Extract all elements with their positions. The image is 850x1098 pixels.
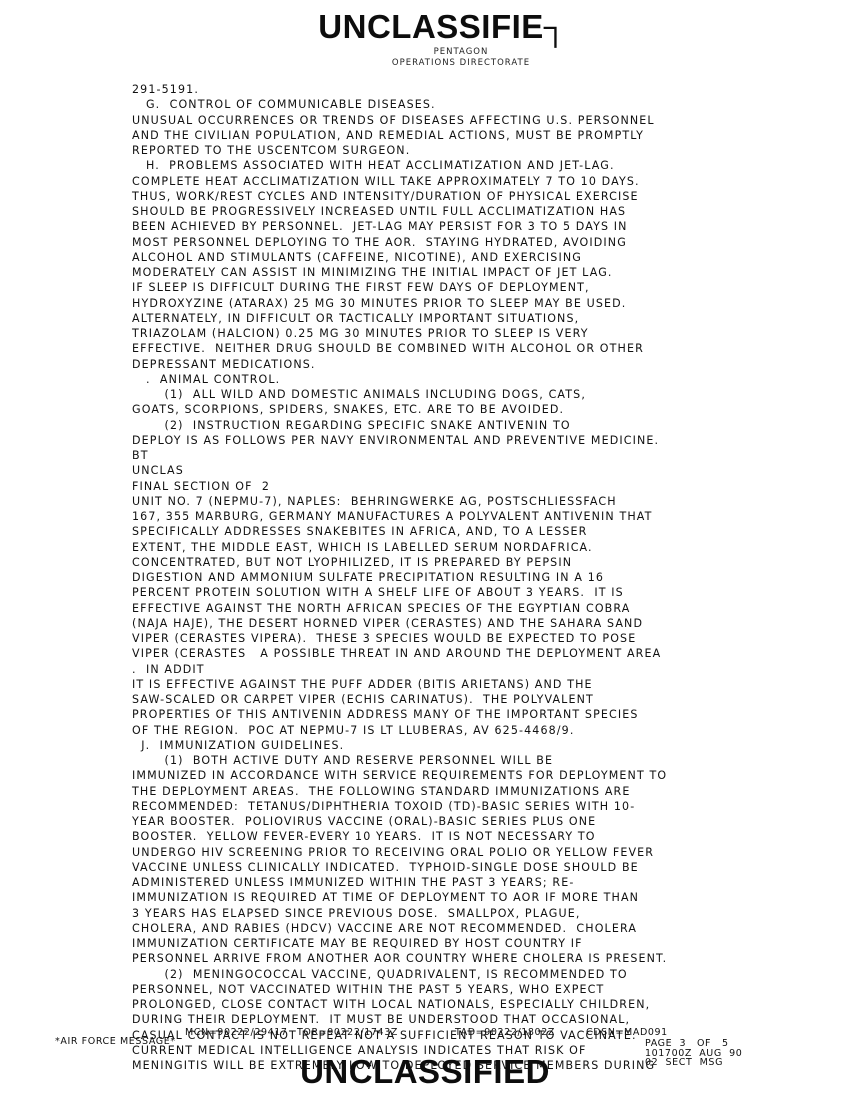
message-line: YEAR BOOSTER. POLIOVIRUS VACCINE (ORAL)-… — [132, 814, 818, 829]
message-line: UNUSUAL OCCURRENCES OR TRENDS OF DISEASE… — [132, 113, 818, 128]
message-line: ADMINISTERED UNLESS IMMUNIZED WITHIN THE… — [132, 875, 818, 890]
message-line: VACCINE UNLESS CLINICALLY INDICATED. TYP… — [132, 860, 818, 875]
message-line: 167, 355 MARBURG, GERMANY MANUFACTURES A… — [132, 509, 818, 524]
message-line: MOST PERSONNEL DEPLOYING TO THE AOR. STA… — [132, 235, 818, 250]
message-line: PERCENT PROTEIN SOLUTION WITH A SHELF LI… — [132, 585, 818, 600]
message-line: MODERATELY CAN ASSIST IN MINIMIZING THE … — [132, 265, 818, 280]
message-line: THE DEPLOYMENT AREAS. THE FOLLOWING STAN… — [132, 784, 818, 799]
origin-location: PENTAGON — [36, 47, 850, 58]
message-line: . ANIMAL CONTROL. — [132, 372, 818, 387]
message-line: AND THE CIVILIAN POPULATION, AND REMEDIA… — [132, 128, 818, 143]
message-line: (NAJA HAJE), THE DESERT HORNED VIPER (CE… — [132, 616, 818, 631]
classification-banner-top: UNCLASSIFIE┐ — [18, 8, 850, 46]
message-line: REPORTED TO THE USCENTCOM SURGEON. — [132, 143, 818, 158]
message-line: (1) ALL WILD AND DOMESTIC ANIMALS INCLUD… — [132, 387, 818, 402]
message-line: H. PROBLEMS ASSOCIATED WITH HEAT ACCLIMA… — [132, 158, 818, 173]
tor-field: TOR=90222/1743Z — [297, 1027, 398, 1038]
message-line: VIPER (CERASTES VIPERA). THESE 3 SPECIES… — [132, 631, 818, 646]
message-line: VIPER (CERASTES A POSSIBLE THREAT IN AND… — [132, 646, 818, 661]
message-line: SPECIFICALLY ADDRESSES SNAKEBITES IN AFR… — [132, 524, 818, 539]
message-line: DEPLOY IS AS FOLLOWS PER NAVY ENVIRONMEN… — [132, 433, 818, 448]
message-line: ALCOHOL AND STIMULANTS (CAFFEINE, NICOTI… — [132, 250, 818, 265]
tad-field: TAD=90222/1802Z — [455, 1027, 555, 1038]
message-line: EFFECTIVE AGAINST THE NORTH AFRICAN SPEC… — [132, 601, 818, 616]
message-line: COMPLETE HEAT ACCLIMATIZATION WILL TAKE … — [132, 174, 818, 189]
message-line: FINAL SECTION OF 2 — [132, 479, 818, 494]
message-line: CHOLERA, AND RABIES (HDCV) VACCINE ARE N… — [132, 921, 818, 936]
message-line: RECOMMENDED: TETANUS/DIPHTHERIA TOXOID (… — [132, 799, 818, 814]
message-line: EXTENT, THE MIDDLE EAST, WHICH IS LABELL… — [132, 540, 818, 555]
message-line: IT IS EFFECTIVE AGAINST THE PUFF ADDER (… — [132, 677, 818, 692]
message-line: IMMUNIZED IN ACCORDANCE WITH SERVICE REQ… — [132, 768, 818, 783]
message-line: CONCENTRATED, BUT NOT LYOPHILIZED, IT IS… — [132, 555, 818, 570]
message-line: UNDERGO HIV SCREENING PRIOR TO RECEIVING… — [132, 845, 818, 860]
message-line: UNCLAS — [132, 463, 818, 478]
message-line: GOATS, SCORPIONS, SPIDERS, SNAKES, ETC. … — [132, 402, 818, 417]
message-line: (1) BOTH ACTIVE DUTY AND RESERVE PERSONN… — [132, 753, 818, 768]
message-line: DEPRESSANT MEDICATIONS. — [132, 357, 818, 372]
message-line: IF SLEEP IS DIFFICULT DURING THE FIRST F… — [132, 280, 818, 295]
message-line: EFFECTIVE. NEITHER DRUG SHOULD BE COMBIN… — [132, 341, 818, 356]
message-line: J. IMMUNIZATION GUIDELINES. — [132, 738, 818, 753]
message-line: THUS, WORK/REST CYCLES AND INTENSITY/DUR… — [132, 189, 818, 204]
origin-directorate: OPERATIONS DIRECTORATE — [36, 58, 850, 69]
message-line: IMMUNIZATION CERTIFICATE MAY BE REQUIRED… — [132, 936, 818, 951]
message-line: 3 YEARS HAS ELAPSED SINCE PREVIOUS DOSE.… — [132, 906, 818, 921]
message-line: DURING THEIR DEPLOYMENT. IT MUST BE UNDE… — [132, 1012, 818, 1027]
message-line: . IN ADDIT — [132, 662, 818, 677]
message-line: BOOSTER. YELLOW FEVER-EVERY 10 YEARS. IT… — [132, 829, 818, 844]
message-line: UNIT NO. 7 (NEPMU-7), NAPLES: BEHRINGWER… — [132, 494, 818, 509]
message-type-label: *AIR FORCE MESSAGE* — [55, 1036, 176, 1047]
message-line: IMMUNIZATION IS REQUIRED AT TIME OF DEPL… — [132, 890, 818, 905]
message-line: 291-5191. — [132, 82, 818, 97]
message-line: PERSONNEL ARRIVE FROM ANOTHER AOR COUNTR… — [132, 951, 818, 966]
mcn-field: MCN=90222/29417 — [185, 1027, 288, 1038]
message-line: (2) MENINGOCOCCAL VACCINE, QUADRIVALENT,… — [132, 967, 818, 982]
message-line: PERSONNEL, NOT VACCINATED WITHIN THE PAS… — [132, 982, 818, 997]
message-line: OF THE REGION. POC AT NEPMU-7 IS LT LLUB… — [132, 723, 818, 738]
message-line: DIGESTION AND AMMONIUM SULFATE PRECIPITA… — [132, 570, 818, 585]
classification-banner-bottom: UNCLASSIFIED — [0, 1053, 850, 1091]
message-line: G. CONTROL OF COMMUNICABLE DISEASES. — [132, 97, 818, 112]
message-line: TRIAZOLAM (HALCION) 0.25 MG 30 MINUTES P… — [132, 326, 818, 341]
message-line: ALTERNATELY, IN DIFFICULT OR TACTICALLY … — [132, 311, 818, 326]
message-line: BT — [132, 448, 818, 463]
message-line: SAW-SCALED OR CARPET VIPER (ECHIS CARINA… — [132, 692, 818, 707]
message-line: HYDROXYZINE (ATARAX) 25 MG 30 MINUTES PR… — [132, 296, 818, 311]
message-body: 291-5191. G. CONTROL OF COMMUNICABLE DIS… — [132, 82, 818, 1073]
message-line: (2) INSTRUCTION REGARDING SPECIFIC SNAKE… — [132, 418, 818, 433]
message-line: PROPERTIES OF THIS ANTIVENIN ADDRESS MAN… — [132, 707, 818, 722]
message-line: PROLONGED, CLOSE CONTACT WITH LOCAL NATI… — [132, 997, 818, 1012]
message-line: BEEN ACHIEVED BY PERSONNEL. JET-LAG MAY … — [132, 219, 818, 234]
message-line: SHOULD BE PROGRESSIVELY INCREASED UNTIL … — [132, 204, 818, 219]
cdsn-field: CDSN=MAD091 — [586, 1027, 668, 1038]
